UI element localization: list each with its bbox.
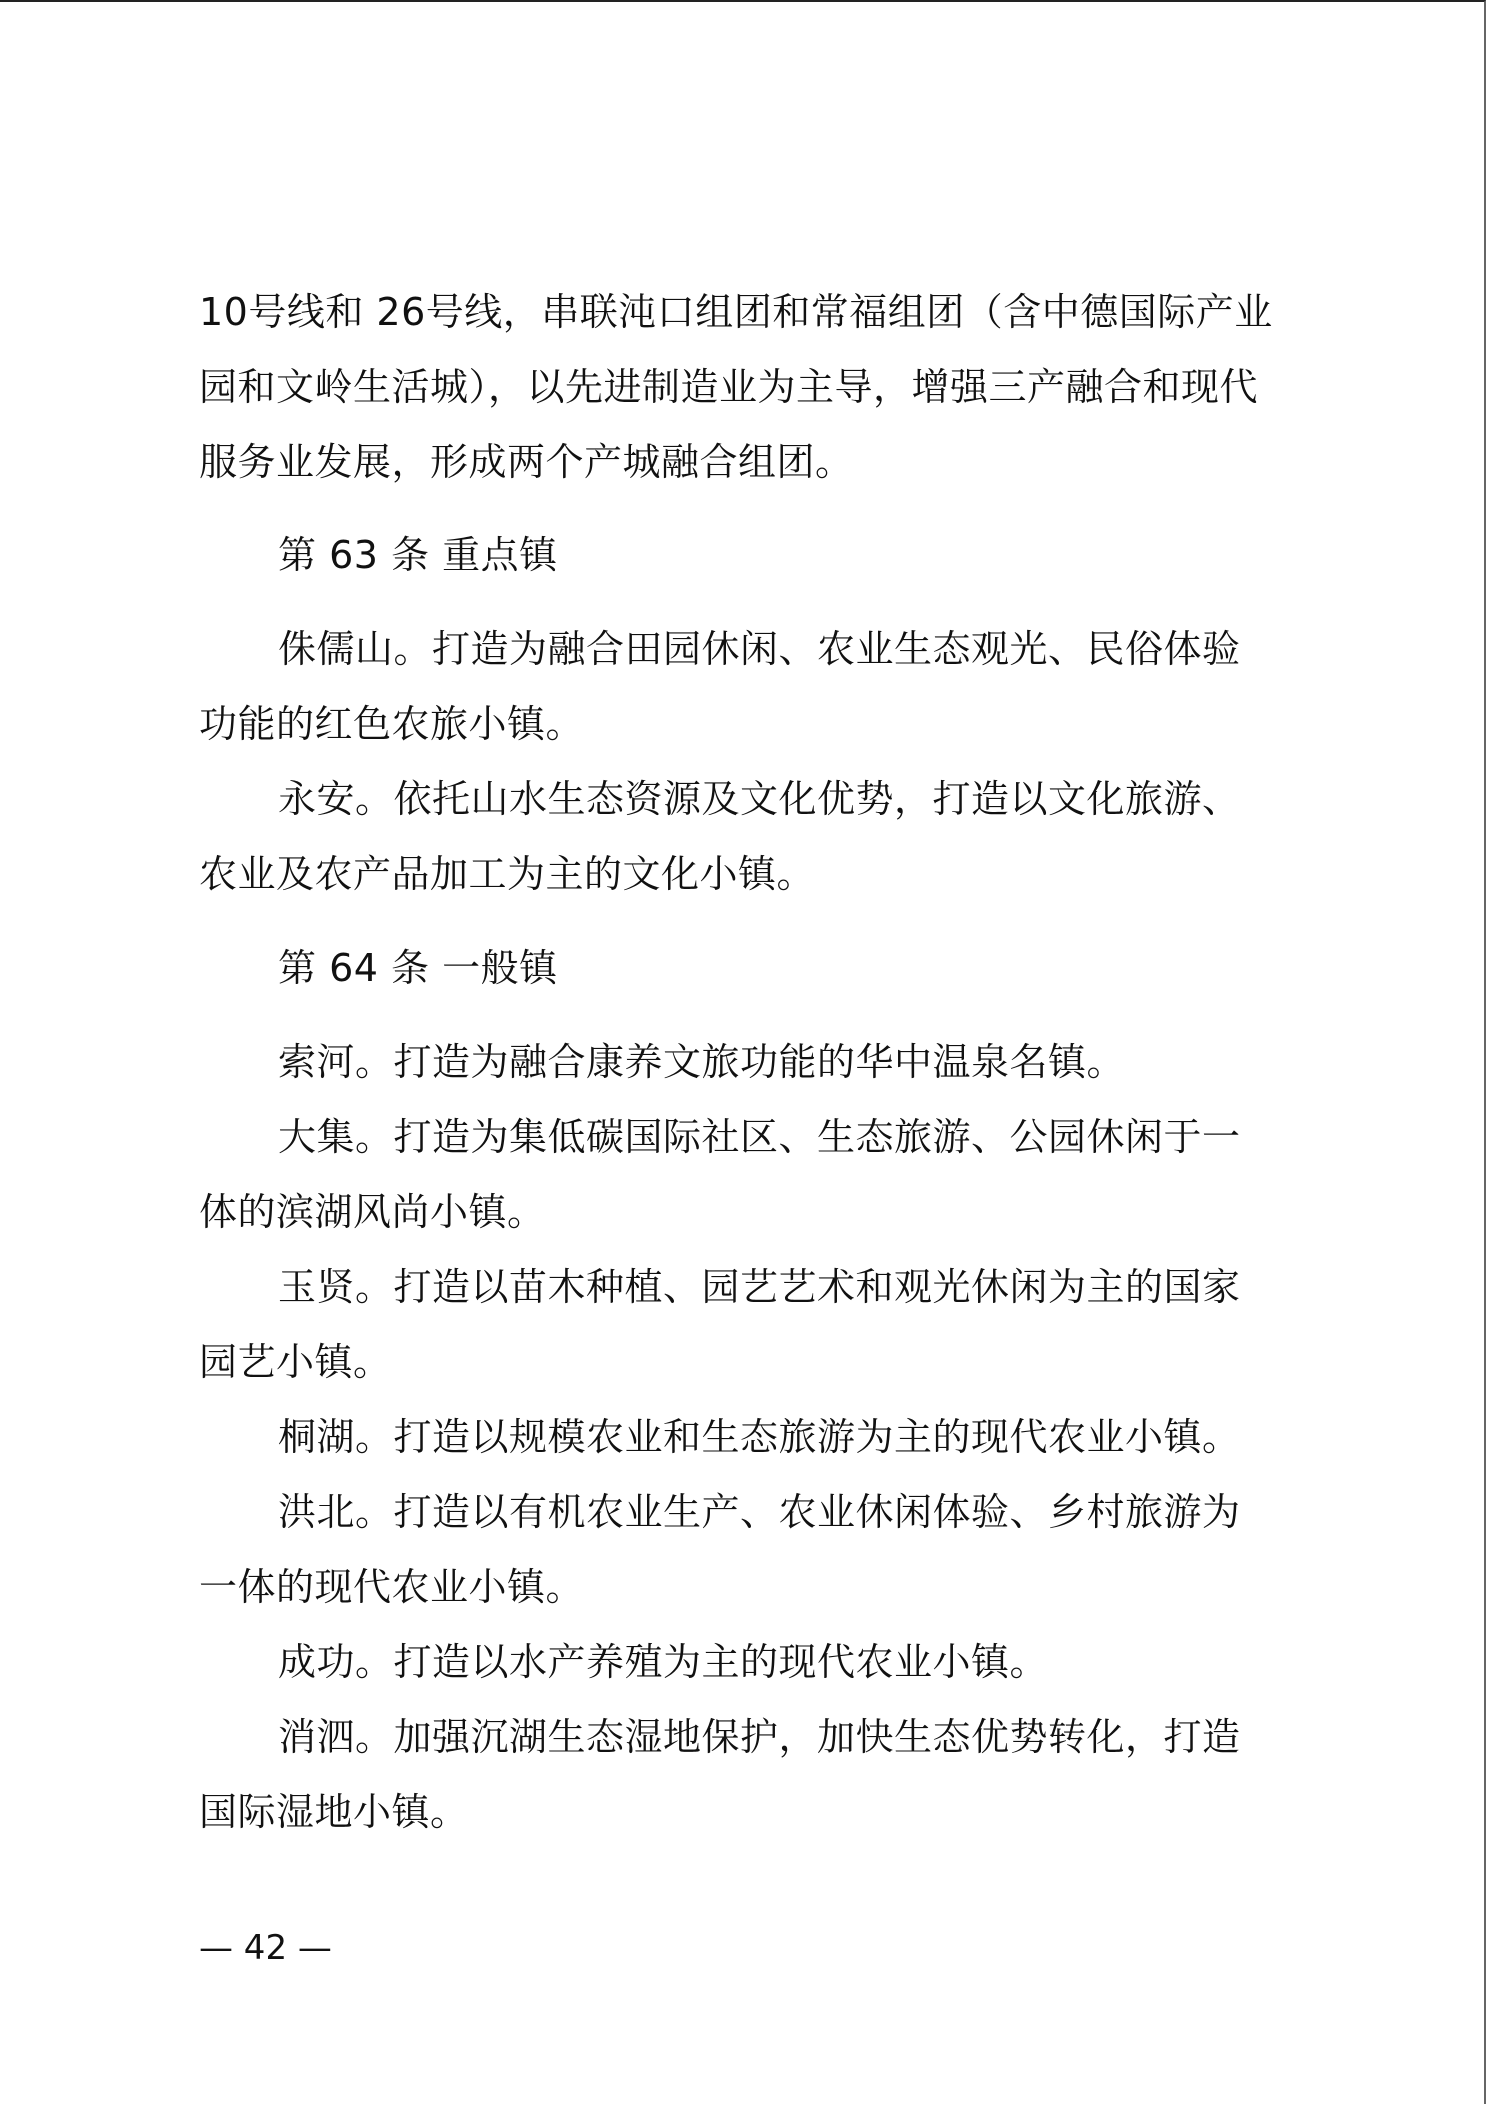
paragraph-xiaosi-cont: 国际湿地小镇。 — [199, 1788, 469, 1836]
paragraph-zhurushan: 侏儒山。打造为融合田园休闲、农业生态观光、民俗体验 — [278, 625, 1241, 673]
paragraph-hongbei-cont: 一体的现代农业小镇。 — [199, 1563, 584, 1611]
paragraph-zhurushan-cont: 功能的红色农旅小镇。 — [199, 700, 584, 748]
paragraph-xiaosi: 消泗。加强沉湖生态湿地保护，加快生态优势转化，打造 — [278, 1713, 1241, 1761]
page-number: — 42 — — [199, 1924, 332, 1972]
paragraph-daji-cont: 体的滨湖风尚小镇。 — [199, 1188, 546, 1236]
body-line: 园和文岭生活城），以先进制造业为主导，增强三产融合和现代 — [199, 363, 1258, 411]
article-63-heading: 第 63 条 重点镇 — [278, 531, 558, 579]
paragraph-daji: 大集。打造为集低碳国际社区、生态旅游、公园休闲于一 — [278, 1113, 1241, 1161]
paragraph-tonghu: 桐湖。打造以规模农业和生态旅游为主的现代农业小镇。 — [278, 1413, 1241, 1461]
document-page: 10号线和 26号线，串联沌口组团和常福组团（含中德国际产业 园和文岭生活城），… — [0, 0, 1486, 2104]
paragraph-hongbei: 洪北。打造以有机农业生产、农业休闲体验、乡村旅游为 — [278, 1488, 1241, 1536]
paragraph-yuxian-cont: 园艺小镇。 — [199, 1338, 392, 1386]
article-64-heading: 第 64 条 一般镇 — [278, 944, 558, 992]
paragraph-chenggong: 成功。打造以水产养殖为主的现代农业小镇。 — [278, 1638, 1048, 1686]
paragraph-yongan-cont: 农业及农产品加工为主的文化小镇。 — [199, 850, 815, 898]
paragraph-suohe: 索河。打造为融合康养文旅功能的华中温泉名镇。 — [278, 1038, 1125, 1086]
paragraph-yuxian: 玉贤。打造以苗木种植、园艺艺术和观光休闲为主的国家 — [278, 1263, 1241, 1311]
body-line: 10号线和 26号线，串联沌口组团和常福组团（含中德国际产业 — [199, 288, 1273, 336]
paragraph-yongan: 永安。依托山水生态资源及文化优势，打造以文化旅游、 — [278, 775, 1241, 823]
body-line: 服务业发展，形成两个产城融合组团。 — [199, 438, 854, 486]
